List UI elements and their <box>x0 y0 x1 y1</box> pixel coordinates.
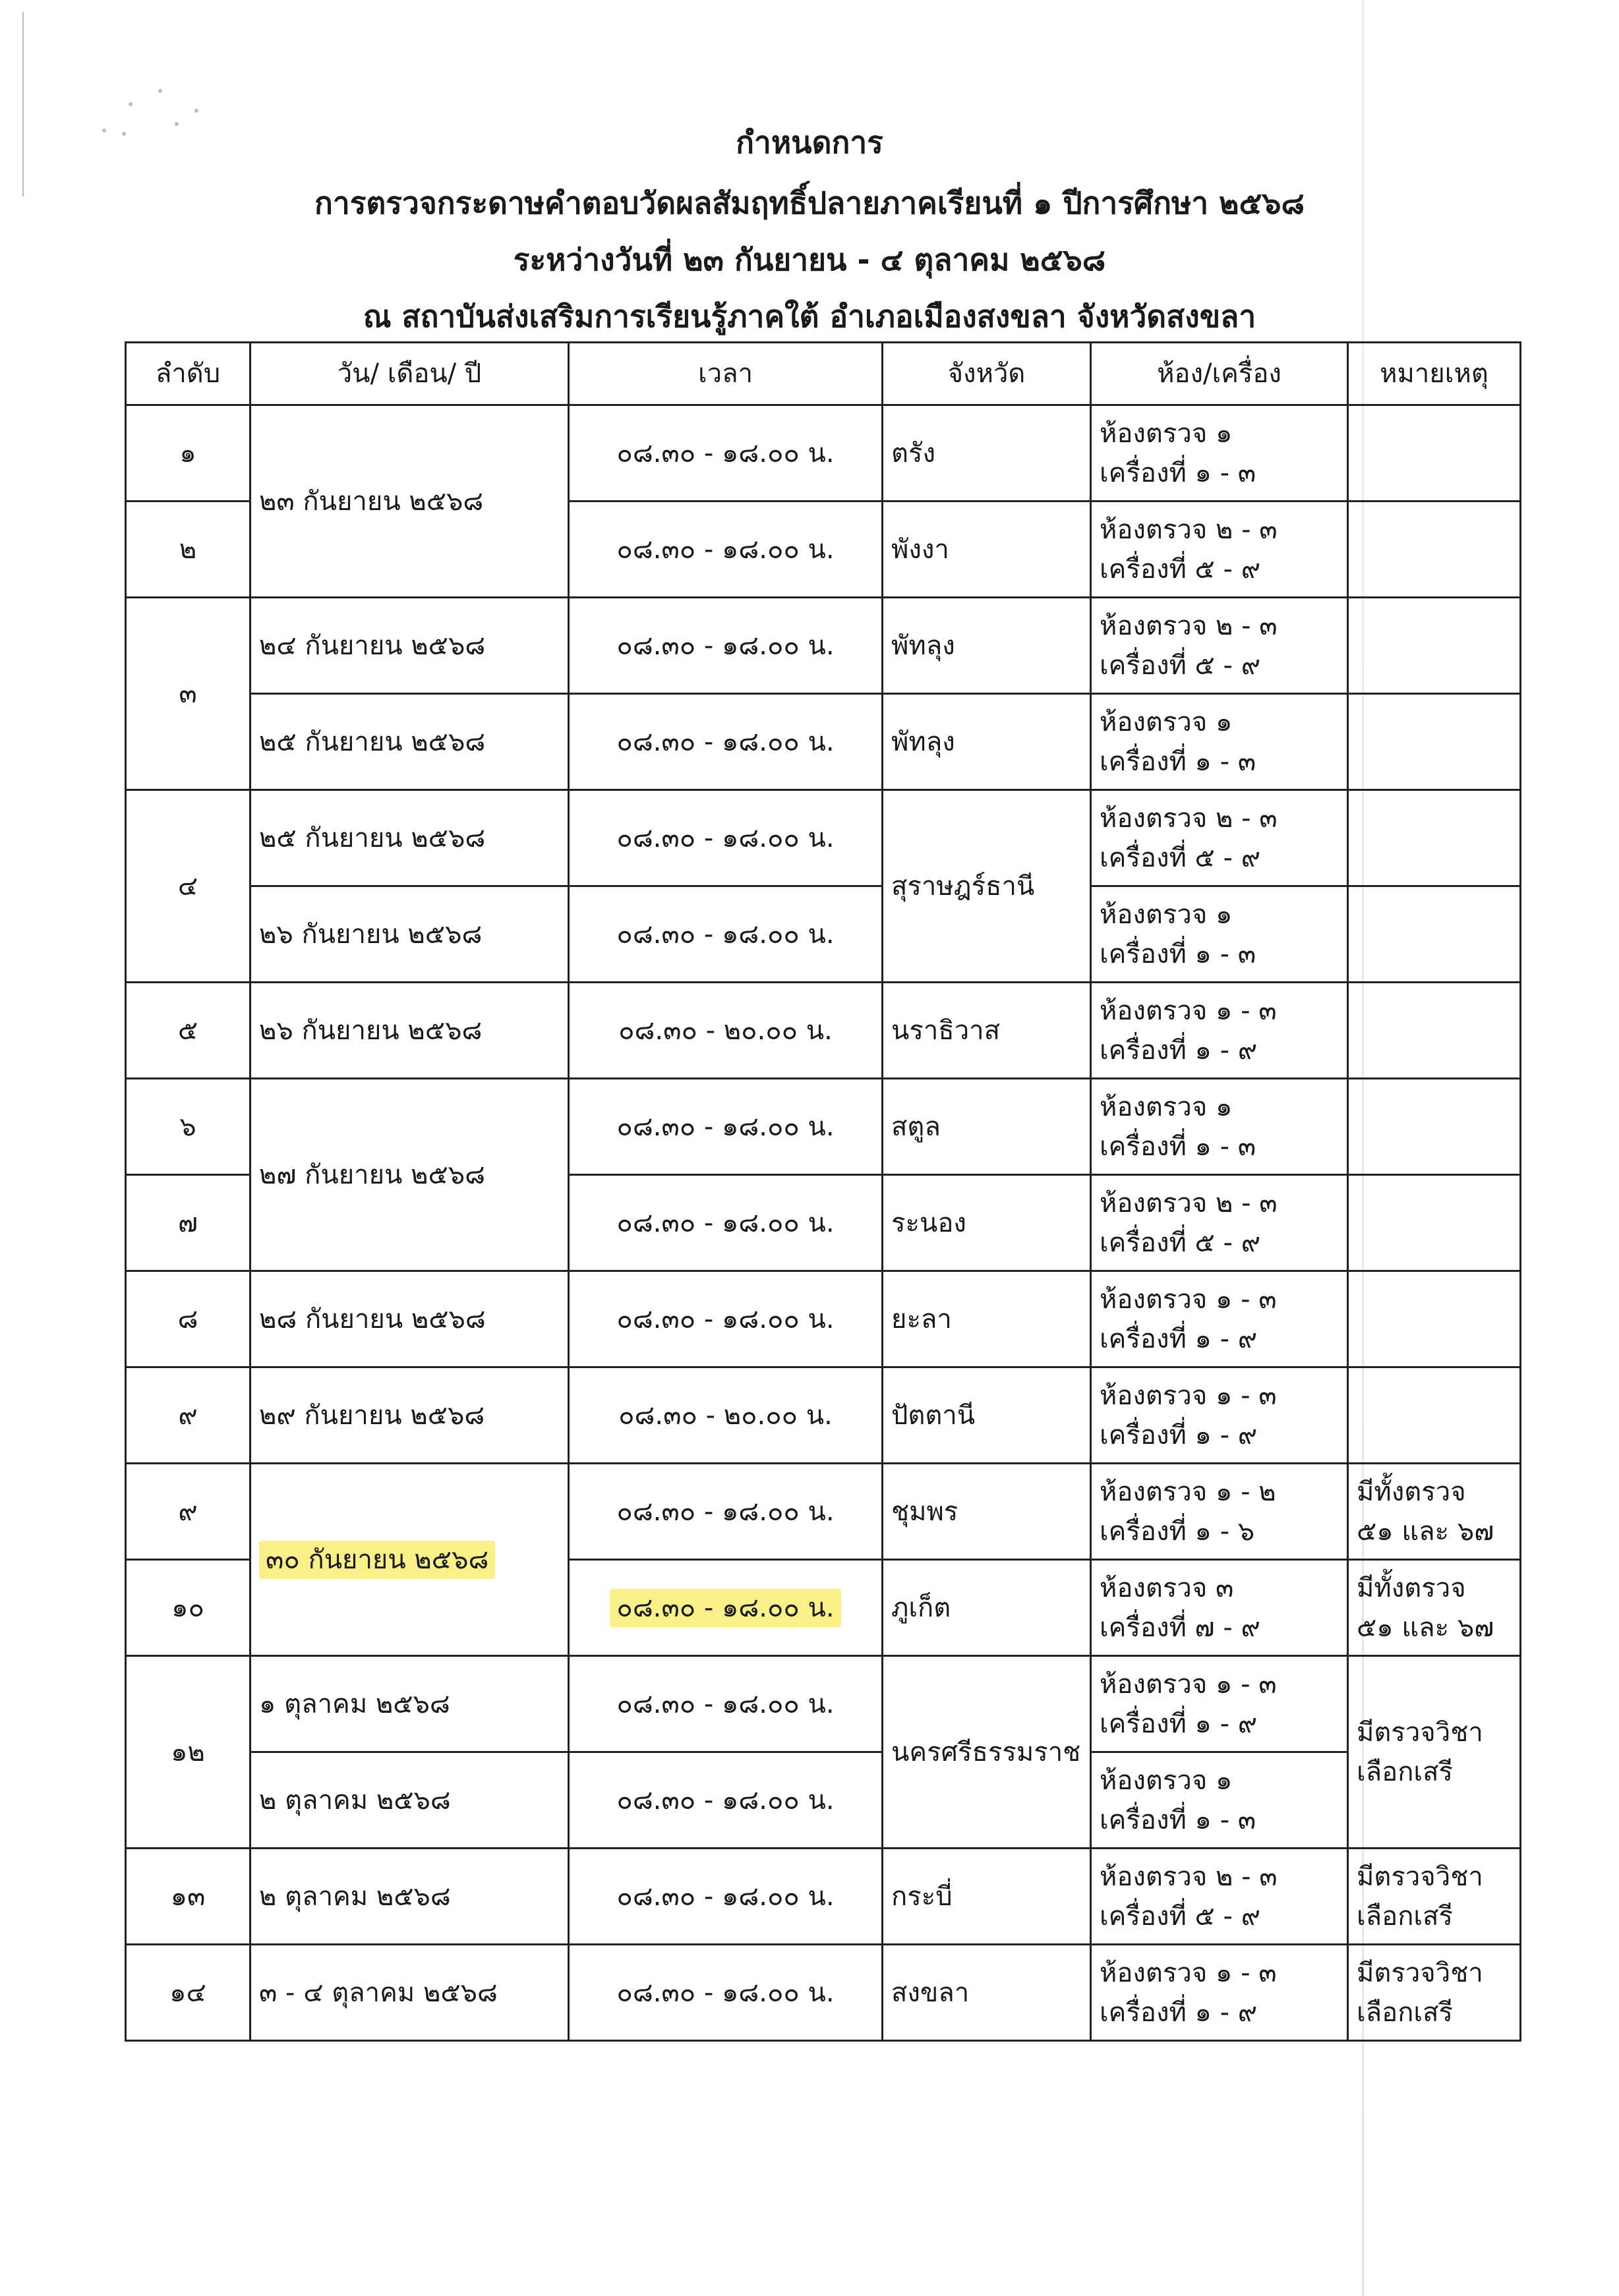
room-text: ห้องตรวจ ๑ - ๒ <box>1100 1472 1339 1512</box>
note-cell <box>1348 502 1521 598</box>
highlighted-time: ๐๘.๓๐ - ๑๘.๐๐ น. <box>610 1589 840 1627</box>
table-row: ๖ ๒๗ กันยายน ๒๕๖๘ ๐๘.๓๐ - ๑๘.๐๐ น. สตูล … <box>126 1079 1521 1175</box>
province-cell: ยะลา <box>883 1271 1091 1367</box>
room-text: ห้องตรวจ ๑ - ๓ <box>1100 1953 1339 1993</box>
room-text: ห้องตรวจ ๑ <box>1100 895 1339 934</box>
room-text: ห้องตรวจ ๒ - ๓ <box>1100 799 1339 838</box>
note-text: มีทั้งตรวจ <box>1357 1568 1512 1608</box>
note-cell <box>1348 405 1521 502</box>
room-text: ห้องตรวจ ๑ <box>1100 1761 1339 1800</box>
order-cell: ๑ <box>126 405 250 502</box>
note-cell <box>1348 1367 1521 1464</box>
note-text: มีทั้งตรวจ <box>1357 1472 1512 1512</box>
time-cell: ๐๘.๓๐ - ๑๘.๐๐ น. <box>569 694 883 790</box>
room-cell: ห้องตรวจ ๒ - ๓เครื่องที่ ๕ - ๙ <box>1091 1849 1348 1945</box>
machine-text: เครื่องที่ ๑ - ๓ <box>1100 1127 1339 1166</box>
time-cell: ๐๘.๓๐ - ๑๘.๐๐ น. <box>569 598 883 694</box>
note-cell: มีตรวจวิชาเลือกเสรี <box>1348 1945 1521 2041</box>
date-cell: ๒๖ กันยายน ๒๕๖๘ <box>250 983 569 1079</box>
province-cell: ระนอง <box>883 1175 1091 1271</box>
table-row: ๒๖ กันยายน ๒๕๖๘ ๐๘.๓๐ - ๑๘.๐๐ น. ห้องตรว… <box>126 886 1521 983</box>
date-cell: ๒ ตุลาคม ๒๕๖๘ <box>250 1849 569 1945</box>
province-cell: พัทลุง <box>883 598 1091 694</box>
province-cell: ตรัง <box>883 405 1091 502</box>
header-order: ลำดับ <box>126 343 250 405</box>
room-cell: ห้องตรวจ ๑ - ๒เครื่องที่ ๑ - ๖ <box>1091 1464 1348 1560</box>
time-cell: ๐๘.๓๐ - ๑๘.๐๐ น. <box>569 1752 883 1849</box>
machine-text: เครื่องที่ ๑ - ๙ <box>1100 1031 1339 1070</box>
date-cell: ๒๖ กันยายน ๒๕๖๘ <box>250 886 569 983</box>
machine-text: เครื่องที่ ๕ - ๙ <box>1100 646 1339 685</box>
header-province: จังหวัด <box>883 343 1091 405</box>
order-cell: ๘ <box>126 1271 250 1367</box>
machine-text: เครื่องที่ ๑ - ๖ <box>1100 1512 1339 1551</box>
province-cell: สุราษฎร์ธานี <box>883 790 1091 983</box>
note-cell <box>1348 790 1521 886</box>
time-cell: ๐๘.๓๐ - ๑๘.๐๐ น. <box>569 1079 883 1175</box>
province-cell: ภูเก็ต <box>883 1560 1091 1656</box>
room-text: ห้องตรวจ ๒ - ๓ <box>1100 510 1339 550</box>
order-cell: ๖ <box>126 1079 250 1175</box>
room-text: ห้องตรวจ ๑ - ๓ <box>1100 991 1339 1031</box>
table-row: ๑๔ ๓ - ๔ ตุลาคม ๒๕๖๘ ๐๘.๓๐ - ๑๘.๐๐ น. สง… <box>126 1945 1521 2041</box>
machine-text: เครื่องที่ ๕ - ๙ <box>1100 550 1339 589</box>
province-cell: ปัตตานี <box>883 1367 1091 1464</box>
order-cell: ๔ <box>126 790 250 983</box>
note-cell: มีทั้งตรวจ๕๑ และ ๖๗ <box>1348 1464 1521 1560</box>
machine-text: เครื่องที่ ๑ - ๙ <box>1100 1704 1339 1744</box>
date-cell: ๓ - ๔ ตุลาคม ๒๕๖๘ <box>250 1945 569 2041</box>
room-cell: ห้องตรวจ ๑ - ๓เครื่องที่ ๑ - ๙ <box>1091 983 1348 1079</box>
machine-text: เครื่องที่ ๑ - ๓ <box>1100 742 1339 782</box>
province-cell: นครศรีธรรมราช <box>883 1656 1091 1849</box>
room-cell: ห้องตรวจ ๒ - ๓เครื่องที่ ๕ - ๙ <box>1091 598 1348 694</box>
time-cell: ๐๘.๓๐ - ๑๘.๐๐ น. <box>569 1560 883 1656</box>
order-cell: ๑๒ <box>126 1656 250 1849</box>
date-cell: ๒๗ กันยายน ๒๕๖๘ <box>250 1079 569 1271</box>
room-cell: ห้องตรวจ ๑เครื่องที่ ๑ - ๓ <box>1091 694 1348 790</box>
order-cell: ๑๔ <box>126 1945 250 2041</box>
province-cell: นราธิวาส <box>883 983 1091 1079</box>
header-room: ห้อง/เครื่อง <box>1091 343 1348 405</box>
note-text: เลือกเสรี <box>1357 1897 1512 1936</box>
time-cell: ๐๘.๓๐ - ๒๐.๐๐ น. <box>569 1367 883 1464</box>
table-row: ๘ ๒๘ กันยายน ๒๕๖๘ ๐๘.๓๐ - ๑๘.๐๐ น. ยะลา … <box>126 1271 1521 1367</box>
machine-text: เครื่องที่ ๑ - ๙ <box>1100 1416 1339 1455</box>
province-cell: พัทลุง <box>883 694 1091 790</box>
room-cell: ห้องตรวจ ๒ - ๓เครื่องที่ ๕ - ๙ <box>1091 1175 1348 1271</box>
note-text: ๕๑ และ ๖๗ <box>1357 1512 1512 1551</box>
room-text: ห้องตรวจ ๑ - ๓ <box>1100 1665 1339 1704</box>
note-cell: มีตรวจวิชาเลือกเสรี <box>1348 1656 1521 1849</box>
room-text: ห้องตรวจ ๑ <box>1100 1087 1339 1127</box>
table-row: ๕ ๒๖ กันยายน ๒๕๖๘ ๐๘.๓๐ - ๒๐.๐๐ น. นราธิ… <box>126 983 1521 1079</box>
time-cell: ๐๘.๓๐ - ๑๘.๐๐ น. <box>569 1849 883 1945</box>
scan-edge-line <box>22 12 24 196</box>
note-cell <box>1348 1271 1521 1367</box>
note-text: มีตรวจวิชา <box>1357 1713 1512 1752</box>
date-cell: ๒ ตุลาคม ๒๕๖๘ <box>250 1752 569 1849</box>
note-text: มีตรวจวิชา <box>1357 1857 1512 1897</box>
room-text: ห้องตรวจ ๒ - ๓ <box>1100 606 1339 646</box>
document-subtitle: การตรวจกระดาษคำตอบวัดผลสัมฤทธิ์ปลายภาคเร… <box>0 179 1619 227</box>
time-cell: ๐๘.๓๐ - ๑๘.๐๐ น. <box>569 1945 883 2041</box>
table-row: ๓ ๒๔ กันยายน ๒๕๖๘ ๐๘.๓๐ - ๑๘.๐๐ น. พัทลุ… <box>126 598 1521 694</box>
table-row: ๑๓ ๒ ตุลาคม ๒๕๖๘ ๐๘.๓๐ - ๑๘.๐๐ น. กระบี่… <box>126 1849 1521 1945</box>
order-cell: ๒ <box>126 502 250 598</box>
order-cell: ๓ <box>126 598 250 790</box>
province-cell: พังงา <box>883 502 1091 598</box>
machine-text: เครื่องที่ ๕ - ๙ <box>1100 838 1339 878</box>
time-cell: ๐๘.๓๐ - ๑๘.๐๐ น. <box>569 1464 883 1560</box>
order-cell: ๙ <box>126 1367 250 1464</box>
note-cell <box>1348 598 1521 694</box>
highlighted-date: ๓๐ กันยายน ๒๕๖๘ <box>259 1541 495 1579</box>
time-cell: ๐๘.๓๐ - ๒๐.๐๐ น. <box>569 983 883 1079</box>
table-row: ๙ ๒๙ กันยายน ๒๕๖๘ ๐๘.๓๐ - ๒๐.๐๐ น. ปัตตา… <box>126 1367 1521 1464</box>
header-note: หมายเหตุ <box>1348 343 1521 405</box>
room-cell: ห้องตรวจ ๑เครื่องที่ ๑ - ๓ <box>1091 405 1348 502</box>
province-cell: ชุมพร <box>883 1464 1091 1560</box>
table-row: ๒๕ กันยายน ๒๕๖๘ ๐๘.๓๐ - ๑๘.๐๐ น. พัทลุง … <box>126 694 1521 790</box>
date-cell: ๒๕ กันยายน ๒๕๖๘ <box>250 790 569 886</box>
room-cell: ห้องตรวจ ๑ - ๓เครื่องที่ ๑ - ๙ <box>1091 1367 1348 1464</box>
room-cell: ห้องตรวจ ๑เครื่องที่ ๑ - ๓ <box>1091 1752 1348 1849</box>
date-cell: ๑ ตุลาคม ๒๕๖๘ <box>250 1656 569 1752</box>
note-cell: มีทั้งตรวจ๕๑ และ ๖๗ <box>1348 1560 1521 1656</box>
room-cell: ห้องตรวจ ๑เครื่องที่ ๑ - ๓ <box>1091 886 1348 983</box>
order-cell: ๗ <box>126 1175 250 1271</box>
header-date: วัน/ เดือน/ ปี <box>250 343 569 405</box>
room-cell: ห้องตรวจ ๑ - ๓เครื่องที่ ๑ - ๙ <box>1091 1271 1348 1367</box>
table-row: ๔ ๒๕ กันยายน ๒๕๖๘ ๐๘.๓๐ - ๑๘.๐๐ น. สุราษ… <box>126 790 1521 886</box>
time-cell: ๐๘.๓๐ - ๑๘.๐๐ น. <box>569 1175 883 1271</box>
note-cell <box>1348 694 1521 790</box>
document-date-range: ระหว่างวันที่ ๒๓ กันยายน - ๔ ตุลาคม ๒๕๖๘ <box>0 236 1619 284</box>
date-cell: ๒๙ กันยายน ๒๕๖๘ <box>250 1367 569 1464</box>
time-cell: ๐๘.๓๐ - ๑๘.๐๐ น. <box>569 886 883 983</box>
note-text: เลือกเสรี <box>1357 1993 1512 2032</box>
order-cell: ๕ <box>126 983 250 1079</box>
province-cell: สตูล <box>883 1079 1091 1175</box>
room-cell: ห้องตรวจ ๒ - ๓เครื่องที่ ๕ - ๙ <box>1091 790 1348 886</box>
room-text: ห้องตรวจ ๑ - ๓ <box>1100 1280 1339 1319</box>
machine-text: เครื่องที่ ๑ - ๓ <box>1100 1800 1339 1840</box>
time-cell: ๐๘.๓๐ - ๑๘.๐๐ น. <box>569 1656 883 1752</box>
room-text: ห้องตรวจ ๑ <box>1100 414 1339 453</box>
note-text: ๕๑ และ ๖๗ <box>1357 1608 1512 1648</box>
note-cell <box>1348 886 1521 983</box>
note-text: มีตรวจวิชา <box>1357 1953 1512 1993</box>
table-row: ๑ ๒๓ กันยายน ๒๕๖๘ ๐๘.๓๐ - ๑๘.๐๐ น. ตรัง … <box>126 405 1521 502</box>
province-cell: สงขลา <box>883 1945 1091 2041</box>
date-cell: ๒๕ กันยายน ๒๕๖๘ <box>250 694 569 790</box>
time-cell: ๐๘.๓๐ - ๑๘.๐๐ น. <box>569 790 883 886</box>
room-text: ห้องตรวจ ๑ <box>1100 703 1339 742</box>
date-cell: ๒๔ กันยายน ๒๕๖๘ <box>250 598 569 694</box>
document-title: กำหนดการ <box>0 119 1619 167</box>
machine-text: เครื่องที่ ๑ - ๓ <box>1100 934 1339 974</box>
machine-text: เครื่องที่ ๗ - ๙ <box>1100 1608 1339 1648</box>
order-cell: ๙ <box>126 1464 250 1560</box>
room-text: ห้องตรวจ ๒ - ๓ <box>1100 1857 1339 1897</box>
machine-text: เครื่องที่ ๑ - ๙ <box>1100 1993 1339 2032</box>
table-row: ๑๒ ๑ ตุลาคม ๒๕๖๘ ๐๘.๓๐ - ๑๘.๐๐ น. นครศรี… <box>126 1656 1521 1752</box>
room-cell: ห้องตรวจ ๑ - ๓เครื่องที่ ๑ - ๙ <box>1091 1656 1348 1752</box>
order-cell: ๑๓ <box>126 1849 250 1945</box>
machine-text: เครื่องที่ ๕ - ๙ <box>1100 1897 1339 1936</box>
note-cell: มีตรวจวิชาเลือกเสรี <box>1348 1849 1521 1945</box>
time-cell: ๐๘.๓๐ - ๑๘.๐๐ น. <box>569 1271 883 1367</box>
note-text: เลือกเสรี <box>1357 1752 1512 1792</box>
province-cell: กระบี่ <box>883 1849 1091 1945</box>
room-text: ห้องตรวจ ๑ - ๓ <box>1100 1376 1339 1416</box>
room-cell: ห้องตรวจ ๓เครื่องที่ ๗ - ๙ <box>1091 1560 1348 1656</box>
machine-text: เครื่องที่ ๕ - ๙ <box>1100 1223 1339 1263</box>
header-time: เวลา <box>569 343 883 405</box>
table-header-row: ลำดับ วัน/ เดือน/ ปี เวลา จังหวัด ห้อง/เ… <box>126 343 1521 405</box>
table-row: ๒ ตุลาคม ๒๕๖๘ ๐๘.๓๐ - ๑๘.๐๐ น. ห้องตรวจ … <box>126 1752 1521 1849</box>
note-cell <box>1348 1175 1521 1271</box>
order-cell: ๑๐ <box>126 1560 250 1656</box>
room-text: ห้องตรวจ ๓ <box>1100 1568 1339 1608</box>
machine-text: เครื่องที่ ๑ - ๙ <box>1100 1319 1339 1359</box>
document-location: ณ สถาบันส่งเสริมการเรียนรู้ภาคใต้ อำเภอเ… <box>0 293 1619 341</box>
room-cell: ห้องตรวจ ๑เครื่องที่ ๑ - ๓ <box>1091 1079 1348 1175</box>
room-cell: ห้องตรวจ ๒ - ๓เครื่องที่ ๕ - ๙ <box>1091 502 1348 598</box>
machine-text: เครื่องที่ ๑ - ๓ <box>1100 453 1339 493</box>
note-cell <box>1348 1079 1521 1175</box>
date-cell: ๓๐ กันยายน ๒๕๖๘ <box>250 1464 569 1656</box>
time-cell: ๐๘.๓๐ - ๑๘.๐๐ น. <box>569 502 883 598</box>
table-row: ๙ ๓๐ กันยายน ๒๕๖๘ ๐๘.๓๐ - ๑๘.๐๐ น. ชุมพร… <box>126 1464 1521 1560</box>
note-cell <box>1348 983 1521 1079</box>
date-cell: ๒๓ กันยายน ๒๕๖๘ <box>250 405 569 598</box>
time-cell: ๐๘.๓๐ - ๑๘.๐๐ น. <box>569 405 883 502</box>
schedule-table: ลำดับ วัน/ เดือน/ ปี เวลา จังหวัด ห้อง/เ… <box>125 341 1521 2042</box>
date-cell: ๒๘ กันยายน ๒๕๖๘ <box>250 1271 569 1367</box>
room-text: ห้องตรวจ ๒ - ๓ <box>1100 1184 1339 1223</box>
room-cell: ห้องตรวจ ๑ - ๓เครื่องที่ ๑ - ๙ <box>1091 1945 1348 2041</box>
